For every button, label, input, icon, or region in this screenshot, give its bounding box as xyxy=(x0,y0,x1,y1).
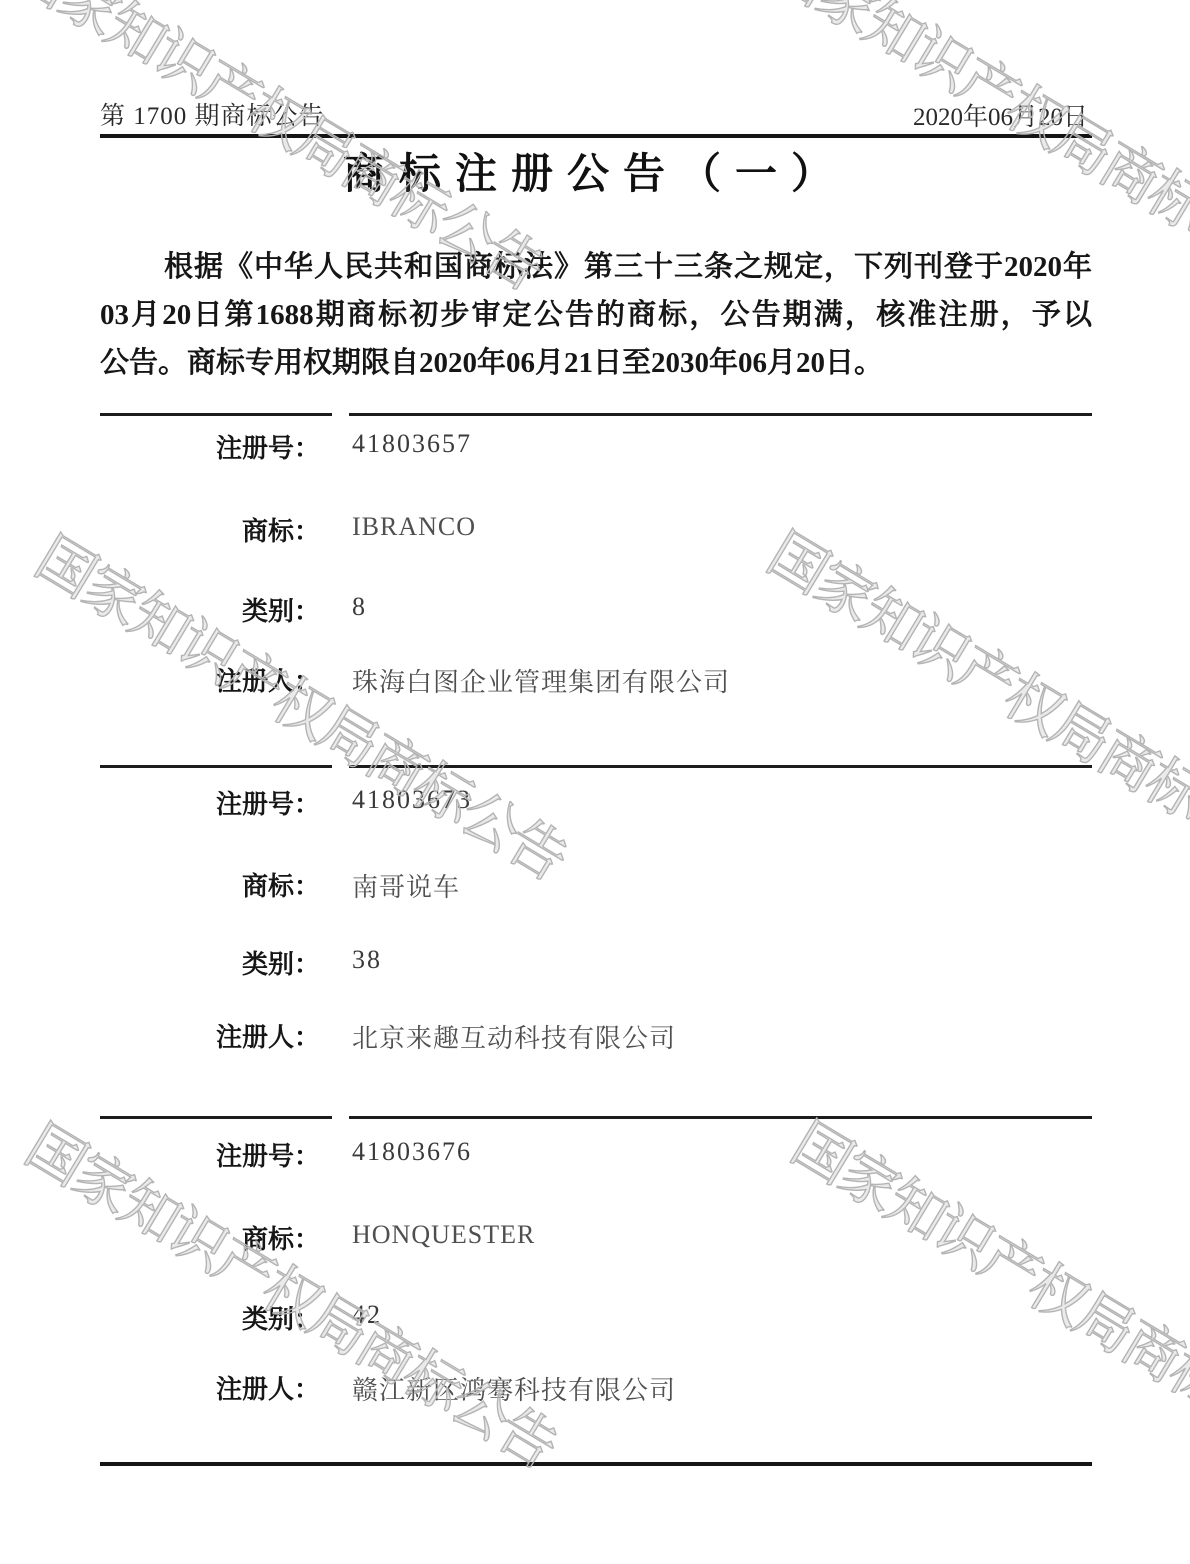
trademark-value: 南哥说车 xyxy=(352,867,460,904)
reg-no-label: 注册号： xyxy=(80,784,320,821)
trademark-label: 商标： xyxy=(80,866,320,903)
entry-row-registrant: 注册人： 北京来趣互动科技有限公司 xyxy=(0,1017,1190,1053)
intro-line-3: 公告。商标专用权期限自2020年06月21日至2030年06月20日。 xyxy=(100,339,1092,387)
trademark-label: 商标： xyxy=(80,1219,320,1256)
class-label: 类别： xyxy=(80,591,320,628)
registrant-label: 注册人： xyxy=(80,1017,320,1054)
trademark-value: IBRANCO xyxy=(352,512,476,542)
gazette-page: 国家知识产权局商标公告 国家知识产权局商标公告 国家知识产权局商标公告 国家知识… xyxy=(0,0,1190,1564)
entry-row-registrant: 注册人： 珠海白图企业管理集团有限公司 xyxy=(0,661,1190,697)
reg-no-label: 注册号： xyxy=(80,428,320,465)
separator-line xyxy=(100,765,1092,768)
class-value: 38 xyxy=(352,945,382,975)
entry-row-class: 类别： 38 xyxy=(0,944,1190,980)
trademark-value: HONQUESTER xyxy=(352,1220,535,1250)
entry-row-class: 类别： 42 xyxy=(0,1299,1190,1335)
intro-paragraph: 根据《中华人民共和国商标法》第三十三条之规定，下列刊登于2020年 03月20日… xyxy=(100,243,1092,387)
entry-row-trademark: 商标： HONQUESTER xyxy=(0,1219,1190,1255)
class-value: 42 xyxy=(352,1300,382,1330)
separator-line xyxy=(100,1116,1092,1119)
header-rule xyxy=(100,134,1092,138)
reg-no-value: 41803657 xyxy=(352,429,472,459)
reg-no-value: 41803676 xyxy=(352,1137,472,1167)
reg-no-value: 41803673 xyxy=(352,785,472,815)
issue-number: 第 1700 期商标公告 xyxy=(100,96,325,132)
entry-row-reg-no: 注册号： 41803657 xyxy=(0,428,1190,464)
intro-line-1: 根据《中华人民共和国商标法》第三十三条之规定，下列刊登于2020年 xyxy=(100,243,1092,291)
entry-row-trademark: 商标： IBRANCO xyxy=(0,511,1190,547)
registrant-label: 注册人： xyxy=(80,661,320,698)
registrant-label: 注册人： xyxy=(80,1369,320,1406)
entry-row-class: 类别： 8 xyxy=(0,591,1190,627)
bottom-rule xyxy=(100,1462,1092,1466)
registrant-value: 北京来趣互动科技有限公司 xyxy=(352,1018,676,1055)
reg-no-label: 注册号： xyxy=(80,1136,320,1173)
separator-line xyxy=(100,413,1092,416)
entry-row-trademark: 商标： 南哥说车 xyxy=(0,866,1190,902)
document-content: 第 1700 期商标公告 2020年06月20日 商标注册公告（一） 根据《中华… xyxy=(0,0,1190,1564)
entry-row-reg-no: 注册号： 41803673 xyxy=(0,784,1190,820)
class-value: 8 xyxy=(352,592,367,622)
registrant-value: 赣江新区鸿骞科技有限公司 xyxy=(352,1370,676,1407)
entry-row-reg-no: 注册号： 41803676 xyxy=(0,1136,1190,1172)
publish-date: 2020年06月20日 xyxy=(908,97,1088,133)
page-title: 商标注册公告（一） xyxy=(0,141,1190,201)
class-label: 类别： xyxy=(80,944,320,981)
entry-row-registrant: 注册人： 赣江新区鸿骞科技有限公司 xyxy=(0,1369,1190,1405)
class-label: 类别： xyxy=(80,1299,320,1336)
registrant-value: 珠海白图企业管理集团有限公司 xyxy=(352,662,730,699)
trademark-label: 商标： xyxy=(80,511,320,548)
intro-line-2: 03月20日第1688期商标初步审定公告的商标，公告期满，核准注册，予以 xyxy=(100,291,1092,339)
